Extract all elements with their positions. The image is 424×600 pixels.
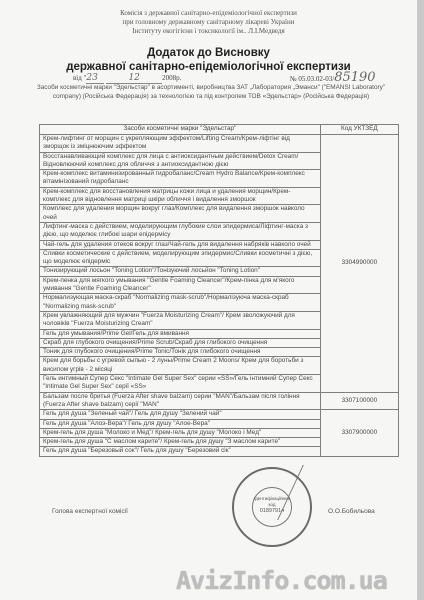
code-cell: 3307900000: [320, 410, 398, 456]
commission-header: Комісія з державної санітарно-епідеміоло…: [0, 9, 417, 36]
table-row: Гель для душа "Зеленый чай"/ Гель для ду…: [40, 410, 399, 419]
product-name: Гель для умывания/Prime Gel/Гель для вми…: [40, 329, 321, 338]
table-row: Крем-лифтинг от морщин с укрепляющим эфф…: [40, 135, 399, 153]
product-name: Комплекс для удаления морщин вокруг глаз…: [40, 205, 321, 223]
product-name: Крем-гель для душа "Молоко и Мед"/ Крем-…: [40, 428, 321, 437]
product-name: Крем-комплекс для восстановления матрицы…: [40, 187, 321, 205]
date-year: 2008р.: [162, 74, 181, 82]
product-name: Бальзам после бритья (Fuerza After shave…: [40, 392, 321, 410]
scan-edge: [417, 0, 424, 600]
commission-line: при головному державному санітарному лік…: [0, 18, 417, 27]
product-name: Лифтинг-маска с действием, моделирующим …: [40, 222, 321, 240]
date-day: 23: [86, 73, 97, 83]
column-header-products: Засоби косметичні марки "Эдельстар": [40, 125, 321, 135]
product-name: Восстанавливающий комплекс для лица с ан…: [40, 152, 321, 170]
product-name: Тоник для глубокого очищения/Prime Tonic…: [40, 348, 321, 357]
signer-name: О.О.Бобильова: [328, 508, 375, 515]
product-name: Гель интимный Супер Секс "Intimate Gel S…: [40, 375, 321, 393]
column-header-code: Код УКТЗЕД: [320, 125, 398, 135]
product-name: Крем-гель для душа "С маслом карите"/ Кр…: [40, 438, 321, 447]
product-name: Крем для борьбы с угревой сыпью - 2 луны…: [40, 357, 321, 375]
table-header-row: Засоби косметичні марки "Эдельстар" Код …: [40, 125, 399, 135]
code-cell: 3307100000: [320, 392, 398, 410]
product-name: Крем-комплекс витаминизированный гидроба…: [40, 170, 321, 188]
product-name: Нормализующая маска-скраб "Normalizing m…: [40, 294, 321, 312]
signer-label: Голова експертної комісії: [52, 508, 128, 515]
products-table: Засоби косметичні марки "Эдельстар" Код …: [39, 124, 399, 457]
document-page: Комісія з державної санітарно-епідеміоло…: [0, 0, 417, 600]
product-name: Крем увлажняющий для мужчин "Fuerza Mois…: [40, 311, 321, 329]
product-name: Крем-лифтинг от морщин с укрепляющим эфф…: [40, 135, 321, 153]
product-name: Крем-пенка для мягкого умывания "Gentle …: [40, 276, 321, 294]
date-month: 12: [128, 73, 139, 83]
product-name: Сливки косметические с действием, модели…: [40, 249, 321, 267]
document-title: Додаток до Висновку: [0, 47, 417, 59]
product-name: Чай-гель для удаления отеков вокруг глаз…: [40, 240, 321, 249]
commission-line: Комісія з державної санітарно-епідеміоло…: [0, 9, 417, 18]
product-name: Скраб для глубокого очищения/Prime Scrub…: [40, 338, 321, 347]
product-name: Гель для душа "Зеленый чай"/ Гель для ду…: [40, 410, 321, 419]
site-watermark: AvizInfo.com.ua: [176, 566, 387, 595]
product-name: Гель для душа "Березовый сок"/ Гель для …: [40, 447, 321, 456]
date-prefix: від ": [73, 74, 86, 82]
product-name: Гель для душа "Алоэ-Вера"/ Гель для душу…: [40, 419, 321, 428]
product-name: Тонизирующий лосьон "Toning Lotion"/Тоні…: [40, 267, 321, 276]
intro-paragraph: Засоби косметичні марки "Эдельстар" в ас…: [36, 83, 386, 101]
commission-line: Інституту екогігієни і токсикології ім..…: [0, 27, 417, 36]
code-cell: 3304990000: [320, 135, 398, 393]
table-row: Бальзам после бритья (Fuerza After shave…: [40, 392, 399, 410]
doc-number-prefix: № 05.03.02-03/: [290, 75, 334, 83]
